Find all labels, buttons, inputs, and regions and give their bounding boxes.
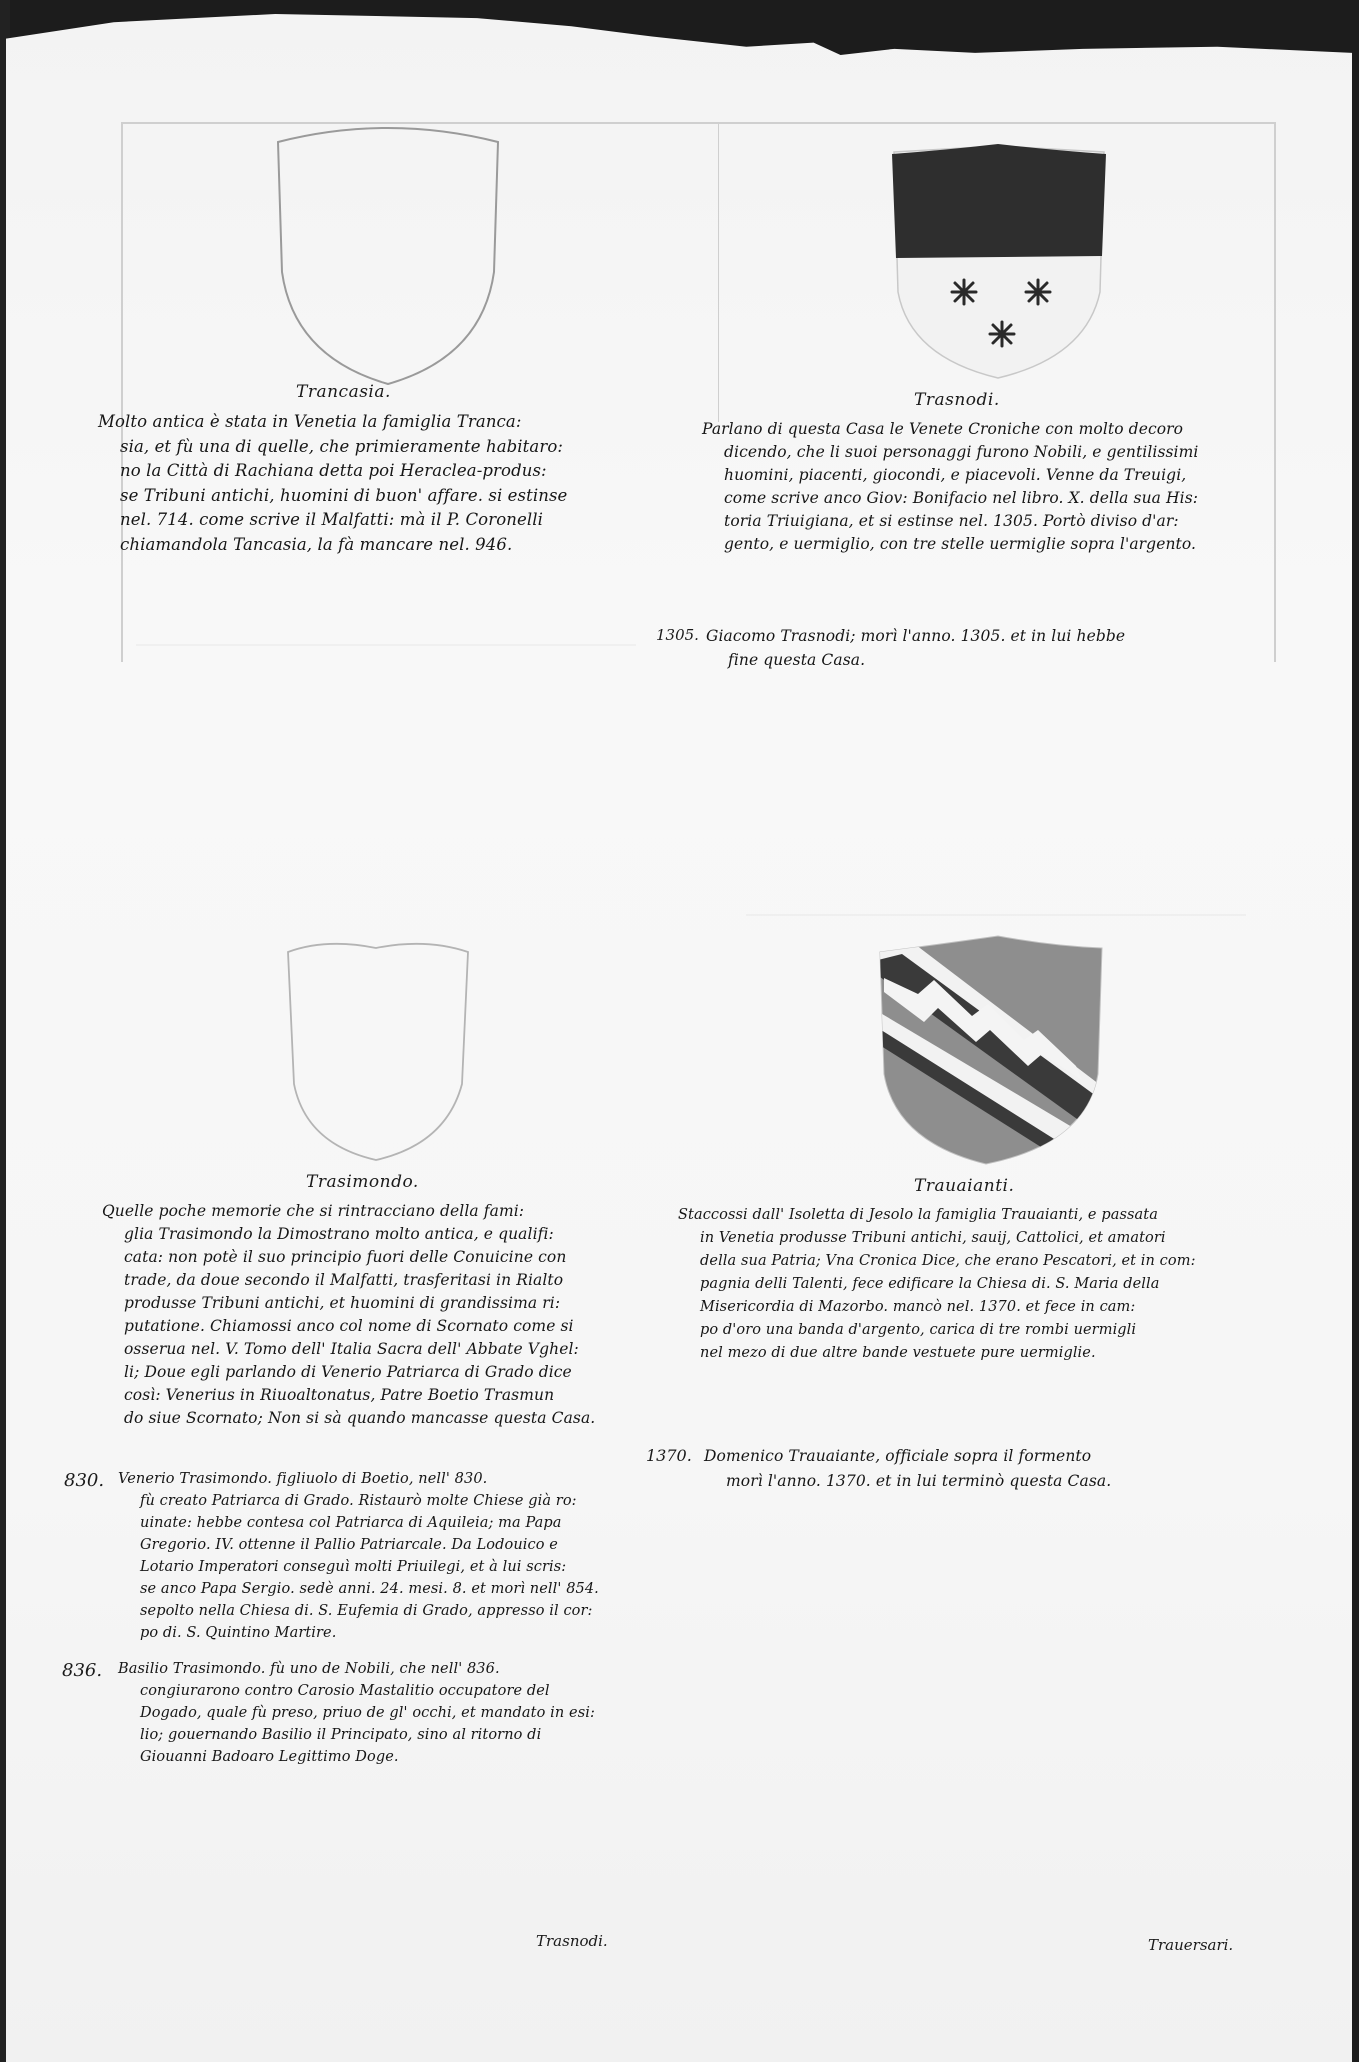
entry-text-trasimondo: Quelle poche memorie che si rintracciano… <box>102 1200 595 1430</box>
text-line: Giacomo Trasnodi; morì l'anno. 1305. et … <box>706 624 1125 648</box>
text-line: putatione. Chiamossi anco col nome di Sc… <box>102 1315 595 1338</box>
catchword-left: Trasnodi. <box>536 1932 608 1950</box>
text-line: li; Doue egli parlando di Venerio Patria… <box>102 1361 595 1384</box>
coat-of-arms-trancasia <box>268 122 508 390</box>
text-line: come scrive anco Giov: Bonifacio nel lib… <box>702 487 1198 510</box>
entry-text-trancasia: Molto antica è stata in Venetia la famig… <box>98 410 567 557</box>
text-line: toria Triuigiana, et si estinse nel. 130… <box>702 510 1198 533</box>
text-line: congiurarono contro Carosio Mastalitio o… <box>118 1680 595 1702</box>
text-line: Domenico Trauaiante, officiale sopra il … <box>704 1444 1111 1469</box>
text-line: Molto antica è stata in Venetia la famig… <box>98 410 567 435</box>
text-line: no la Città di Rachiana detta poi Heracl… <box>98 459 567 484</box>
text-line: do siue Scornato; Non si sà quando manca… <box>102 1407 595 1430</box>
catchword-right: Trauersari. <box>1148 1936 1233 1954</box>
text-line: se Tribuni antichi, huomini di buon' aff… <box>98 484 567 509</box>
member-entry-basilio-trasimondo: Basilio Trasimondo. fù uno de Nobili, ch… <box>118 1658 595 1768</box>
text-line: Misericordia di Mazorbo. mancò nel. 1370… <box>678 1296 1196 1319</box>
text-line: Basilio Trasimondo. fù uno de Nobili, ch… <box>118 1658 595 1680</box>
text-line: po d'oro una banda d'argento, carica di … <box>678 1319 1196 1342</box>
text-line: Gregorio. IV. ottenne il Pallio Patriarc… <box>118 1534 599 1556</box>
text-line: uinate: hebbe contesa col Patriarca di A… <box>118 1512 599 1534</box>
entry-text-trasnodi: Parlano di questa Casa le Venete Cronich… <box>702 418 1198 556</box>
text-line: Dogado, quale fù preso, priuo de gl' occ… <box>118 1702 595 1724</box>
coat-of-arms-trauaianti <box>872 934 1108 1166</box>
text-line: se anco Papa Sergio. sedè anni. 24. mesi… <box>118 1578 599 1600</box>
text-line: morì l'anno. 1370. et in lui terminò que… <box>704 1469 1111 1494</box>
text-line: nel mezo di due altre bande vestuete pur… <box>678 1342 1196 1365</box>
text-line: lio; gouernando Basilio il Principato, s… <box>118 1724 595 1746</box>
frame-rule-left <box>121 122 123 662</box>
family-name-trauaianti: Trauaianti. <box>914 1176 1014 1196</box>
member-entry-domenico-trauaiante: Domenico Trauaiante, officiale sopra il … <box>704 1444 1111 1494</box>
text-line: così: Venerius in Riuoaltonatus, Patre B… <box>102 1384 595 1407</box>
text-line: nel. 714. come scrive il Malfatti: mà il… <box>98 508 567 533</box>
text-line: Quelle poche memorie che si rintracciano… <box>102 1200 595 1223</box>
member-year: 830. <box>64 1470 104 1491</box>
family-name-trasimondo: Trasimondo. <box>306 1172 419 1192</box>
text-line: sia, et fù una di quelle, che primierame… <box>98 435 567 460</box>
family-name-trancasia: Trancasia. <box>296 382 391 402</box>
text-line: della sua Patria; Vna Cronica Dice, che … <box>678 1250 1196 1273</box>
bleed-through <box>136 644 636 646</box>
member-year: 1370. <box>646 1446 692 1465</box>
text-line: osserua nel. V. Tomo dell' Italia Sacra … <box>102 1338 595 1361</box>
text-line: fù creato Patriarca di Grado. Ristaurò m… <box>118 1490 599 1512</box>
text-line: Parlano di questa Casa le Venete Cronich… <box>702 418 1198 441</box>
text-line: Lotario Imperatori conseguì molti Priuil… <box>118 1556 599 1578</box>
member-year: 1305. <box>656 626 699 644</box>
member-year: 836. <box>62 1660 102 1681</box>
text-line: chiamandola Tancasia, la fà mancare nel.… <box>98 533 567 558</box>
text-line: pagnia delli Talenti, fece edificare la … <box>678 1273 1196 1296</box>
coat-of-arms-trasimondo <box>276 934 476 1164</box>
text-line: trade, da doue secondo il Malfatti, tras… <box>102 1269 595 1292</box>
text-line: Giouanni Badoaro Legittimo Doge. <box>118 1746 595 1768</box>
text-line: Venerio Trasimondo. figliuolo di Boetio,… <box>118 1468 599 1490</box>
manuscript-page: Trancasia. Molto antica è stata in Venet… <box>6 14 1352 2062</box>
text-line: produsse Tribuni antichi, et huomini di … <box>102 1292 595 1315</box>
text-line: po di. S. Quintino Martire. <box>118 1622 599 1644</box>
text-line: huomini, piacenti, giocondi, e piacevoli… <box>702 464 1198 487</box>
frame-rule-middle <box>718 122 719 422</box>
member-entry-giacomo-trasnodi: Giacomo Trasnodi; morì l'anno. 1305. et … <box>706 624 1125 672</box>
text-line: gento, e uermiglio, con tre stelle uermi… <box>702 533 1198 556</box>
text-line: dicendo, che li suoi personaggi furono N… <box>702 441 1198 464</box>
text-line: glia Trasimondo la Dimostrano molto anti… <box>102 1223 595 1246</box>
family-name-trasnodi: Trasnodi. <box>914 390 1000 410</box>
text-line: fine questa Casa. <box>706 648 1125 672</box>
frame-rule-right <box>1274 122 1276 662</box>
entry-text-trauaianti: Staccossi dall' Isoletta di Jesolo la fa… <box>678 1204 1196 1365</box>
text-line: sepolto nella Chiesa di. S. Eufemia di G… <box>118 1600 599 1622</box>
coat-of-arms-trasnodi <box>886 142 1112 382</box>
text-line: in Venetia produsse Tribuni antichi, sau… <box>678 1227 1196 1250</box>
member-entry-venerio-trasimondo: Venerio Trasimondo. figliuolo di Boetio,… <box>118 1468 599 1644</box>
bleed-through <box>746 914 1246 916</box>
text-line: cata: non potè il suo principio fuori de… <box>102 1246 595 1269</box>
text-line: Staccossi dall' Isoletta di Jesolo la fa… <box>678 1204 1196 1227</box>
